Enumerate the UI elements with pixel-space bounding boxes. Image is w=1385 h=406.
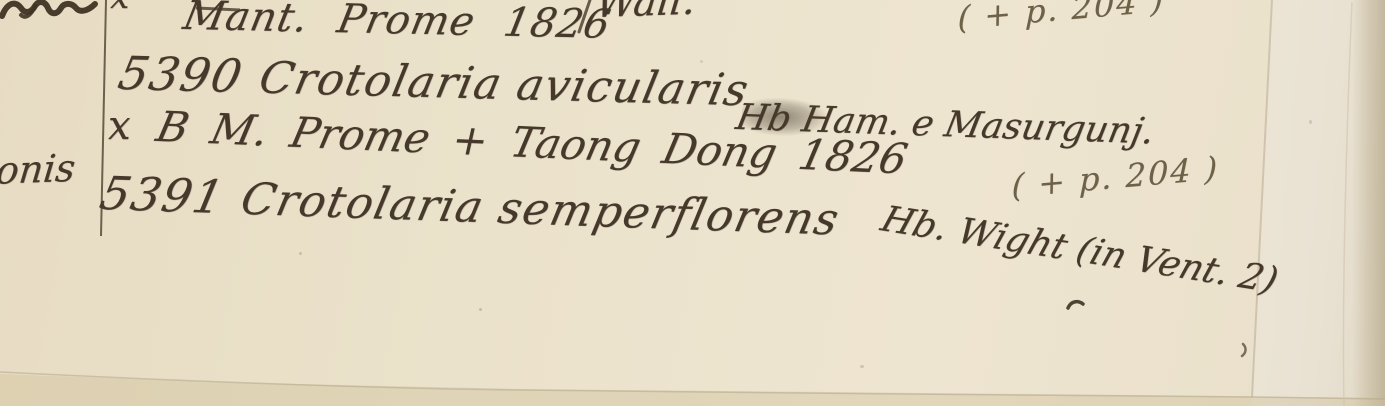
page-reference-mid: ( + p. 204 ) [1011,152,1219,202]
page-stack-edge-shadow [1352,0,1385,406]
species-name: Crotolaria avicularis [255,53,754,117]
species-name: Crotolaria semperflorens [236,174,844,246]
ink-comma-mark [1242,344,1246,356]
paper-speck [860,365,864,368]
paper-speck [700,60,703,63]
entry-number: 5390 [114,46,248,103]
left-margin-word-fragment: ionis [0,149,77,190]
scanned-manuscript-page: Wall. x Mant. Prome 1826 ( + p. 204 ) 53… [0,0,1385,406]
illegible-scrawl-top-left-tail [21,6,35,17]
paper-speck [479,308,482,311]
illegible-scrawl-top-left [2,2,95,16]
paper-speck [299,252,302,255]
header-locality-line: Mant. Prome 1826 [180,0,614,45]
margin-x-mark: x [108,106,131,146]
ink-tick-mark [1068,302,1083,308]
page-reference-top: ( + p. 204 ) [957,0,1165,34]
paper-speck [1309,120,1312,124]
margin-x-mark-top: x [110,0,129,14]
entry-5391-line: 5391Crotolaria semperflorens [96,170,844,242]
entry-number: 5391 [95,166,229,224]
entry-5391-annotation: Hb. Wight (in Vent. 2) [877,202,1282,299]
